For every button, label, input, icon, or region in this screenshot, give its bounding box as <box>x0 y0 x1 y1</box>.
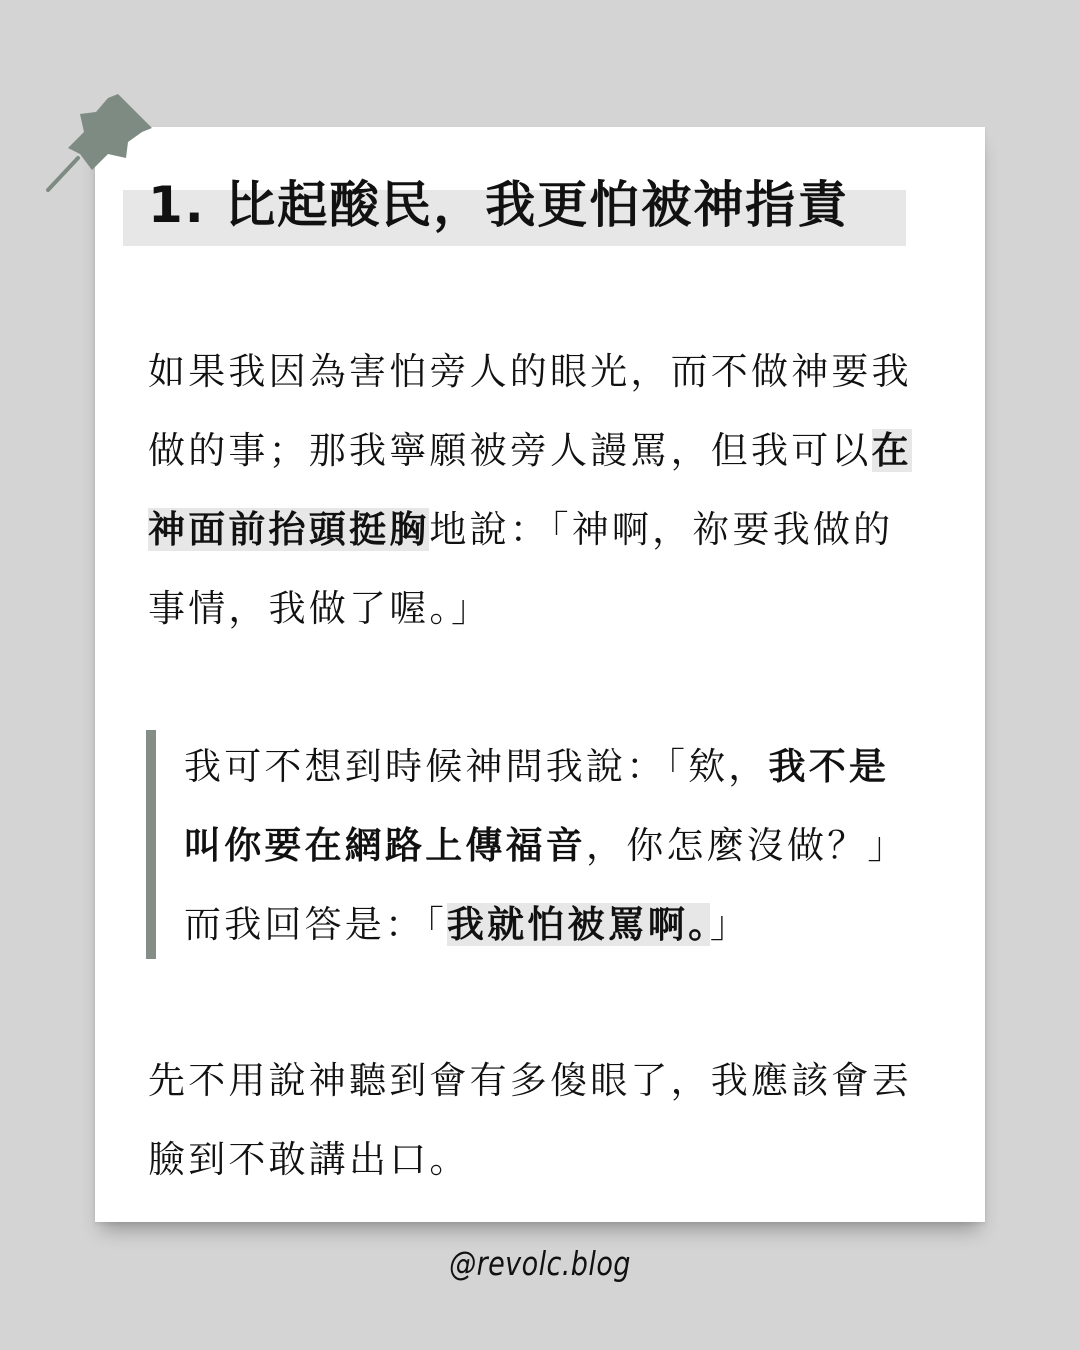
paragraph-2: 先不用說神聽到會有多傻眼了，我應該會丟 臉到不敢講出口。 <box>148 1041 918 1199</box>
paragraph-2-line-2: 臉到不敢講出口。 <box>148 1120 918 1199</box>
highlighted-text: 在 <box>872 429 912 472</box>
paragraph-1-line-2: 做的事；那我寧願被旁人謾罵，但我可以在 <box>148 411 918 490</box>
text-plain: 我可不想到時候神問我說：「欸， <box>184 745 769 788</box>
highlighted-text: 神面前抬頭挺胸 <box>148 508 429 551</box>
quote-line-2: 叫你要在網路上傳福音，你怎麼沒做？」 <box>184 806 908 885</box>
paragraph-1-line-1: 如果我因為害怕旁人的眼光，而不做神要我 <box>148 332 918 411</box>
pushpin-icon <box>44 86 156 194</box>
page-title: 1. 比起酸民，我更怕被神指責 <box>148 168 849 242</box>
text-plain: ，你怎麼沒做？」 <box>586 824 908 867</box>
bold-text: 叫你要在網路上傳福音 <box>184 824 586 867</box>
highlighted-text: 我就怕被罵啊。 <box>447 903 710 946</box>
quote-line-1: 我可不想到時候神問我說：「欸，我不是 <box>184 727 908 806</box>
paragraph-2-line-1: 先不用說神聽到會有多傻眼了，我應該會丟 <box>148 1041 918 1120</box>
blog-handle: @revolc.blog <box>97 1244 983 1283</box>
text-plain: 做的事；那我寧願被旁人謾罵，但我可以 <box>148 429 872 472</box>
text-plain: 地說：「神啊，祢要我做的 <box>429 508 893 551</box>
text-plain: 而我回答是：「 <box>184 903 447 946</box>
paragraph-1-line-3: 神面前抬頭挺胸地說：「神啊，祢要我做的 <box>148 490 918 569</box>
bold-text: 我不是 <box>769 745 890 788</box>
text-plain: 」 <box>710 903 750 946</box>
quote-line-3: 而我回答是：「我就怕被罵啊。」 <box>184 885 908 964</box>
blockquote: 我可不想到時候神問我說：「欸，我不是 叫你要在網路上傳福音，你怎麼沒做？」 而我… <box>184 727 908 964</box>
paragraph-1-line-4: 事情，我做了喔。」 <box>148 569 918 648</box>
paragraph-1: 如果我因為害怕旁人的眼光，而不做神要我 做的事；那我寧願被旁人謾罵，但我可以在 … <box>148 332 918 648</box>
blockquote-bar <box>146 730 156 959</box>
